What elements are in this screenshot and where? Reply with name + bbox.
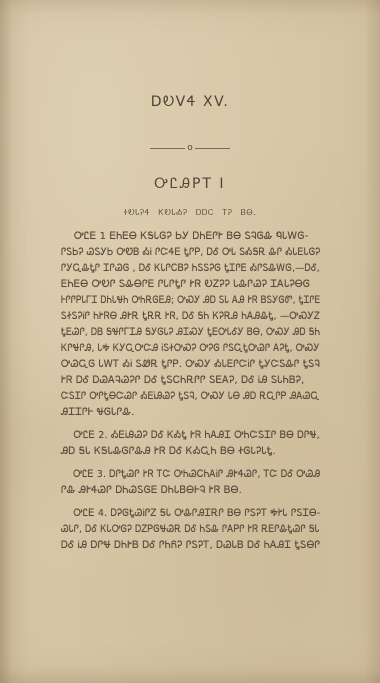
- body-line: ᏊᏓᎵ, ᎠᎴ ᏦᏓᎤᎶᎮ ᎠᏃᏢᎶᏠᏊᎡ ᎠᎴ ᏂᏚᎲ ᎵᎪᏢᎵ ᎨᏒ ᎡᎬᎵ…: [61, 522, 296, 538]
- body-line: ᎤᏊᏩᎶ ᏓᎳᎢ ᎣᎥ ᏚᏪᎡ ᎿᎵᏢ. ᎤᏍᎩ ᎣᏓᎬᎵᏨᎥᎵ ᎿᎩᏨᏚᎲᎵ …: [61, 357, 311, 373]
- body-line: ᎰᎵᎵᏢᏓᎱᏆ ᎠᏂᏓᏠᏂ ᎤᏂᎡᎶᎬᎯ; ᎤᏍᎩ ᎯᎠ ᏚᏓ ᎪᎯ ᎨᏒ ᏴᏚ…: [61, 293, 288, 309]
- body-line: ᎿᎬᏊᎵ, ᎠᏴ ᎦᏠᎵᎱᏆᎯ ᎦᎩᎶᏓᎮ ᎯᏆᏍᎩ ᎿᎬᎤᏓᎴᎩ ᏴᎾ, ᎤᏍ…: [61, 325, 293, 341]
- body-text: ᎤᏝᎬ 1 ᎬᏂᎬᎾ ᏦᎦᏓᎶᎮ ᏏᎩ ᎠᏂᎬᎵᎨ ᏴᎾ ᏚᎸᎶᎲ ᏄᏓᎳᎶ-Ꮅ…: [61, 229, 320, 554]
- chapter-subtitle: ᏐᎧᏓᎮᏎ ᏦᎧᏓᎣᎮ ᎠᎠᏟ ᎢᎮ ᏴᎾ.: [0, 208, 380, 218]
- body-line: ᎵᏚᏏᎮ ᏊᏚᎩᏏ ᎤᏬᏴ ᎣᎥ ᎵᏨᏎᎬ ᎿᎵᏢ, ᎠᎴ ᎤᏓ ᏚᎣᎦᎡ ᎲᎵ…: [61, 245, 301, 261]
- body-line: ᏚᏐᏚᎮᎥᎵ ᏂᎨᏒᎾ ᎯᎨᎡ ᎿᎡᎡ ᎨᏒ, ᎠᎴ ᎦᏂ ᏦᎮᎡᎯ ᏂᎪᎯᎲᎿ…: [61, 309, 301, 325]
- divider-ornament: o: [185, 143, 195, 153]
- body-line: ᎯᏆᏆᎵᎰ ᏠᎶᏓᎵᎲ.: [61, 405, 320, 421]
- body-line: ᎬᏂᎬᎾ ᎤᎧᎵ ᏚᎲᎾᎵᎬ ᎵᏓᎵᎿᎵ ᎨᏒ ᎧᏃᎮᎮ ᏓᎲᎵᏊᎮ ᏆᎪᏓᎮᎾ…: [61, 277, 320, 293]
- body-line: ᎤᏝᎬ 3. ᎠᎵᎿᏊᎵ ᎨᏒ ᎢᏨ ᎤᏂᏊᏟᏂᎪᎥᎵ ᎯᎨᏎᏊᎵ, ᎢᏨ ᎠᎴ…: [61, 467, 301, 483]
- body-line: ᎤᏝᎬ 1 ᎬᏂᎬᎾ ᏦᎦᏓᎶᎮ ᏏᎩ ᎠᏂᎬᎵᎨ ᏴᎾ ᏚᎸᎶᎲ ᏄᏓᎳᎶ-: [61, 229, 320, 245]
- section-divider: o: [150, 143, 230, 153]
- body-line: ᏦᎵᏠᎵᎯ, ᏓᎭ ᏦᎩᏩᎤᏨᎯ ᎥᏚᏐᎤᏍᎮ ᎤᎮᎶ ᎵᏚᏩᎿᎤᏊᎵ ᎪᎮᎿ,…: [61, 341, 296, 357]
- body-line: ᎯᎠ ᎦᏓ ᏦᎦᏓᎲᎶᎵᎲᎯ ᎨᏒ ᎠᎴ ᏦᎣᏩᏂ ᏴᎾ ᏐᎶᏓᎮᏓᎿ.: [61, 444, 320, 460]
- body-line: ᎤᏝᎬ 2. ᎣᎬᎥᎯᏊᎮ ᎠᎴ ᏦᎣᎿ ᎨᏒ ᏂᎪᎯᏆ ᎤᏂᏨᏚᏆᎵ ᏴᎾ Ꭰ…: [61, 428, 310, 444]
- scanned-book-page: DᎧVᏎ XV. o ᎤᏝᎯPT I ᏐᎧᏓᎮᏎ ᏦᎧᏓᎣᎮ ᎠᎠᏟ ᎢᎮ ᏴᎾ…: [0, 0, 380, 683]
- paragraph: ᎤᏝᎬ 1 ᎬᏂᎬᎾ ᏦᎦᏓᎶᎮ ᏏᎩ ᎠᏂᎬᎵᎨ ᏴᎾ ᏚᎸᎶᎲ ᏄᏓᎳᎶ-Ꮅ…: [61, 229, 320, 421]
- body-line: ᎵᎲ ᎯᎨᏎᏊᎵ ᎠᏂᏊᏚᎶᎬ ᎠᏂᏓᏴᎾᎰᎸ ᎨᏒ ᏴᎾ.: [61, 483, 320, 499]
- paragraph: ᎤᏝᎬ 3. ᎠᎵᎿᏊᎵ ᎨᏒ ᎢᏨ ᎤᏂᏊᏟᏂᎪᎥᎵ ᎯᎨᏎᏊᎵ, ᎢᏨ ᎠᎴ…: [61, 467, 320, 499]
- body-line: ᎠᎴ ᎥᎯ ᎠᎵᏠ ᎠᏂᎨᏴ ᎠᎴ ᎵᏂᏲᎮ ᎵᏚᎮᎢ, ᎠᏊᏓᏴ ᎠᎴ ᏂᎪᎯ…: [61, 538, 319, 554]
- page-title: DᎧVᏎ XV.: [0, 94, 380, 110]
- chapter-heading: ᎤᏝᎯPT I: [0, 176, 380, 192]
- body-line: ᎨᏒ ᎠᎴ ᎠᏊᎪᎸᏊᎮᎵ ᎠᎴ ᎿᏚᏟᏂᎡᎵᎵ ᏚᎬᎪᎮ, ᎠᎴ ᎥᎯ ᏚᏓᏂ…: [61, 373, 320, 389]
- divider-line-left: [150, 148, 185, 149]
- body-line: ᎤᏝᎬ 4. ᎠᎮᎶᎿᏊᎥᎵᏃ ᎦᏓ ᎤᎲᎵᎯᏆᎡᎵ ᏴᎾ ᎵᏚᎮᎢ ᎭᎨᏓ Ꮅ…: [61, 506, 308, 522]
- body-line: ᏨᏚᏆᎵ ᎤᎵᎿᎾᏨᏊᎵ ᎣᎬᎥᎯᏊᎮ ᎿᏚᎸ, ᎤᏍᎩ ᏓᎾ ᎯᎠ ᎡᏩᎵᏢ …: [61, 389, 297, 405]
- body-line: ᎵᎩᏩᎲᎿᎵ ᏆᎵᏊᎶ , ᎠᎴ ᏦᏓᎵᏟᏴᎮ ᏂᏚᏚᎮᎶ ᎿᏆᎵᎬ ᎣᎵᏚᎲᎳ…: [61, 261, 299, 277]
- paragraph: ᎤᏝᎬ 4. ᎠᎮᎶᎿᏊᎥᎵᏃ ᎦᏓ ᎤᎲᎵᎯᏆᎡᎵ ᏴᎾ ᎵᏚᎮᎢ ᎭᎨᏓ Ꮅ…: [61, 506, 320, 554]
- paragraph: ᎤᏝᎬ 2. ᎣᎬᎥᎯᏊᎮ ᎠᎴ ᏦᎣᎿ ᎨᏒ ᏂᎪᎯᏆ ᎤᏂᏨᏚᏆᎵ ᏴᎾ Ꭰ…: [61, 428, 320, 460]
- divider-line-right: [195, 148, 230, 149]
